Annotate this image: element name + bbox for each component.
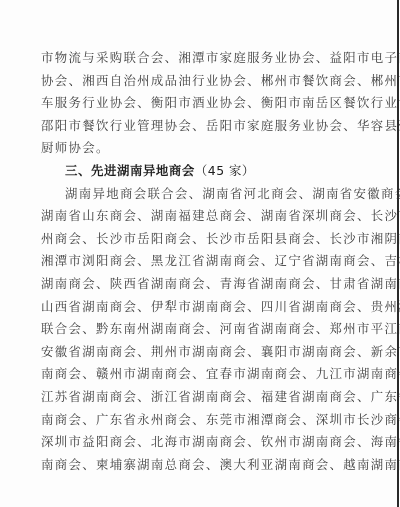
text-line: 邵阳市餐饮行业管理协会、岳阳市家庭服务业协会、华容县荣华 [41, 115, 373, 138]
document-page: 市物流与采购联合会、湘潭市家庭服务业协会、益阳市电子商务 协会、湘西自治州成品油… [0, 0, 397, 507]
paragraph-chambers-of-commerce: 湖南异地商会联合会、湖南省河北商会、湖南省安徽商会、 湖南省山东商会、湖南福建总… [41, 183, 373, 477]
text-line: 市物流与采购联合会、湘潭市家庭服务业协会、益阳市电子商务 [41, 47, 373, 70]
text-line: 车服务行业协会、衡阳市酒业协会、衡阳市南岳区餐饮行业协会、 [41, 92, 373, 115]
text-line: 协会、湘西自治州成品油行业协会、郴州市餐饮商会、郴州市汽 [41, 70, 373, 93]
text-line: 南商会、赣州市湖南商会、宜春市湖南商会、九江市湖南商会、 [41, 363, 373, 386]
text-line: 湘潭市浏阳商会、黑龙江省湖南商会、辽宁省湖南商会、吉林省 [41, 250, 373, 273]
text-line: 湖南异地商会联合会、湖南省河北商会、湖南省安徽商会、 [41, 183, 373, 206]
text-line: 厨师协会。 [41, 137, 373, 160]
text-line: 湖南商会、陕西省湖南商会、青海省湖南商会、甘肃省湖南商会、 [41, 273, 373, 296]
section-heading: 三、先进湖南异地商会（45 家） [41, 160, 373, 183]
section-number: 三、 [65, 163, 91, 178]
section-count: （45 家） [195, 163, 255, 178]
text-line: 湖南省山东商会、湖南福建总商会、湖南省深圳商会、长沙市泉 [41, 205, 373, 228]
text-line: 南商会、柬埔寨湖南总商会、澳大利亚湖南商会、越南湖南商会。 [41, 454, 373, 477]
text-line: 山西省湖南商会、伊犁市湖南商会、四川省湖南商会、贵州湘商 [41, 296, 373, 319]
text-line: 江苏省湖南商会、浙江省湖南商会、福建省湖南商会、广东省湖 [41, 386, 373, 409]
section-title: 先进湖南异地商会 [91, 163, 195, 178]
text-line: 南商会、广东省永州商会、东莞市湘潭商会、深圳市长沙商会、 [41, 409, 373, 432]
paragraph-associations-continued: 市物流与采购联合会、湘潭市家庭服务业协会、益阳市电子商务 协会、湘西自治州成品油… [41, 47, 373, 160]
text-line: 联合会、黔东南州湖南商会、河南省湖南商会、郑州市平江商会、 [41, 318, 373, 341]
document-body: 市物流与采购联合会、湘潭市家庭服务业协会、益阳市电子商务 协会、湘西自治州成品油… [41, 47, 373, 476]
page-edge-border [397, 0, 399, 507]
text-line: 州商会、长沙市岳阳商会、长沙市岳阳县商会、长沙市湘阴商会、 [41, 228, 373, 251]
text-line: 安徽省湖南商会、荆州市湖南商会、襄阳市湖南商会、新余市湖 [41, 341, 373, 364]
text-line: 深圳市益阳商会、北海市湖南商会、钦州市湖南商会、海南省湖 [41, 431, 373, 454]
